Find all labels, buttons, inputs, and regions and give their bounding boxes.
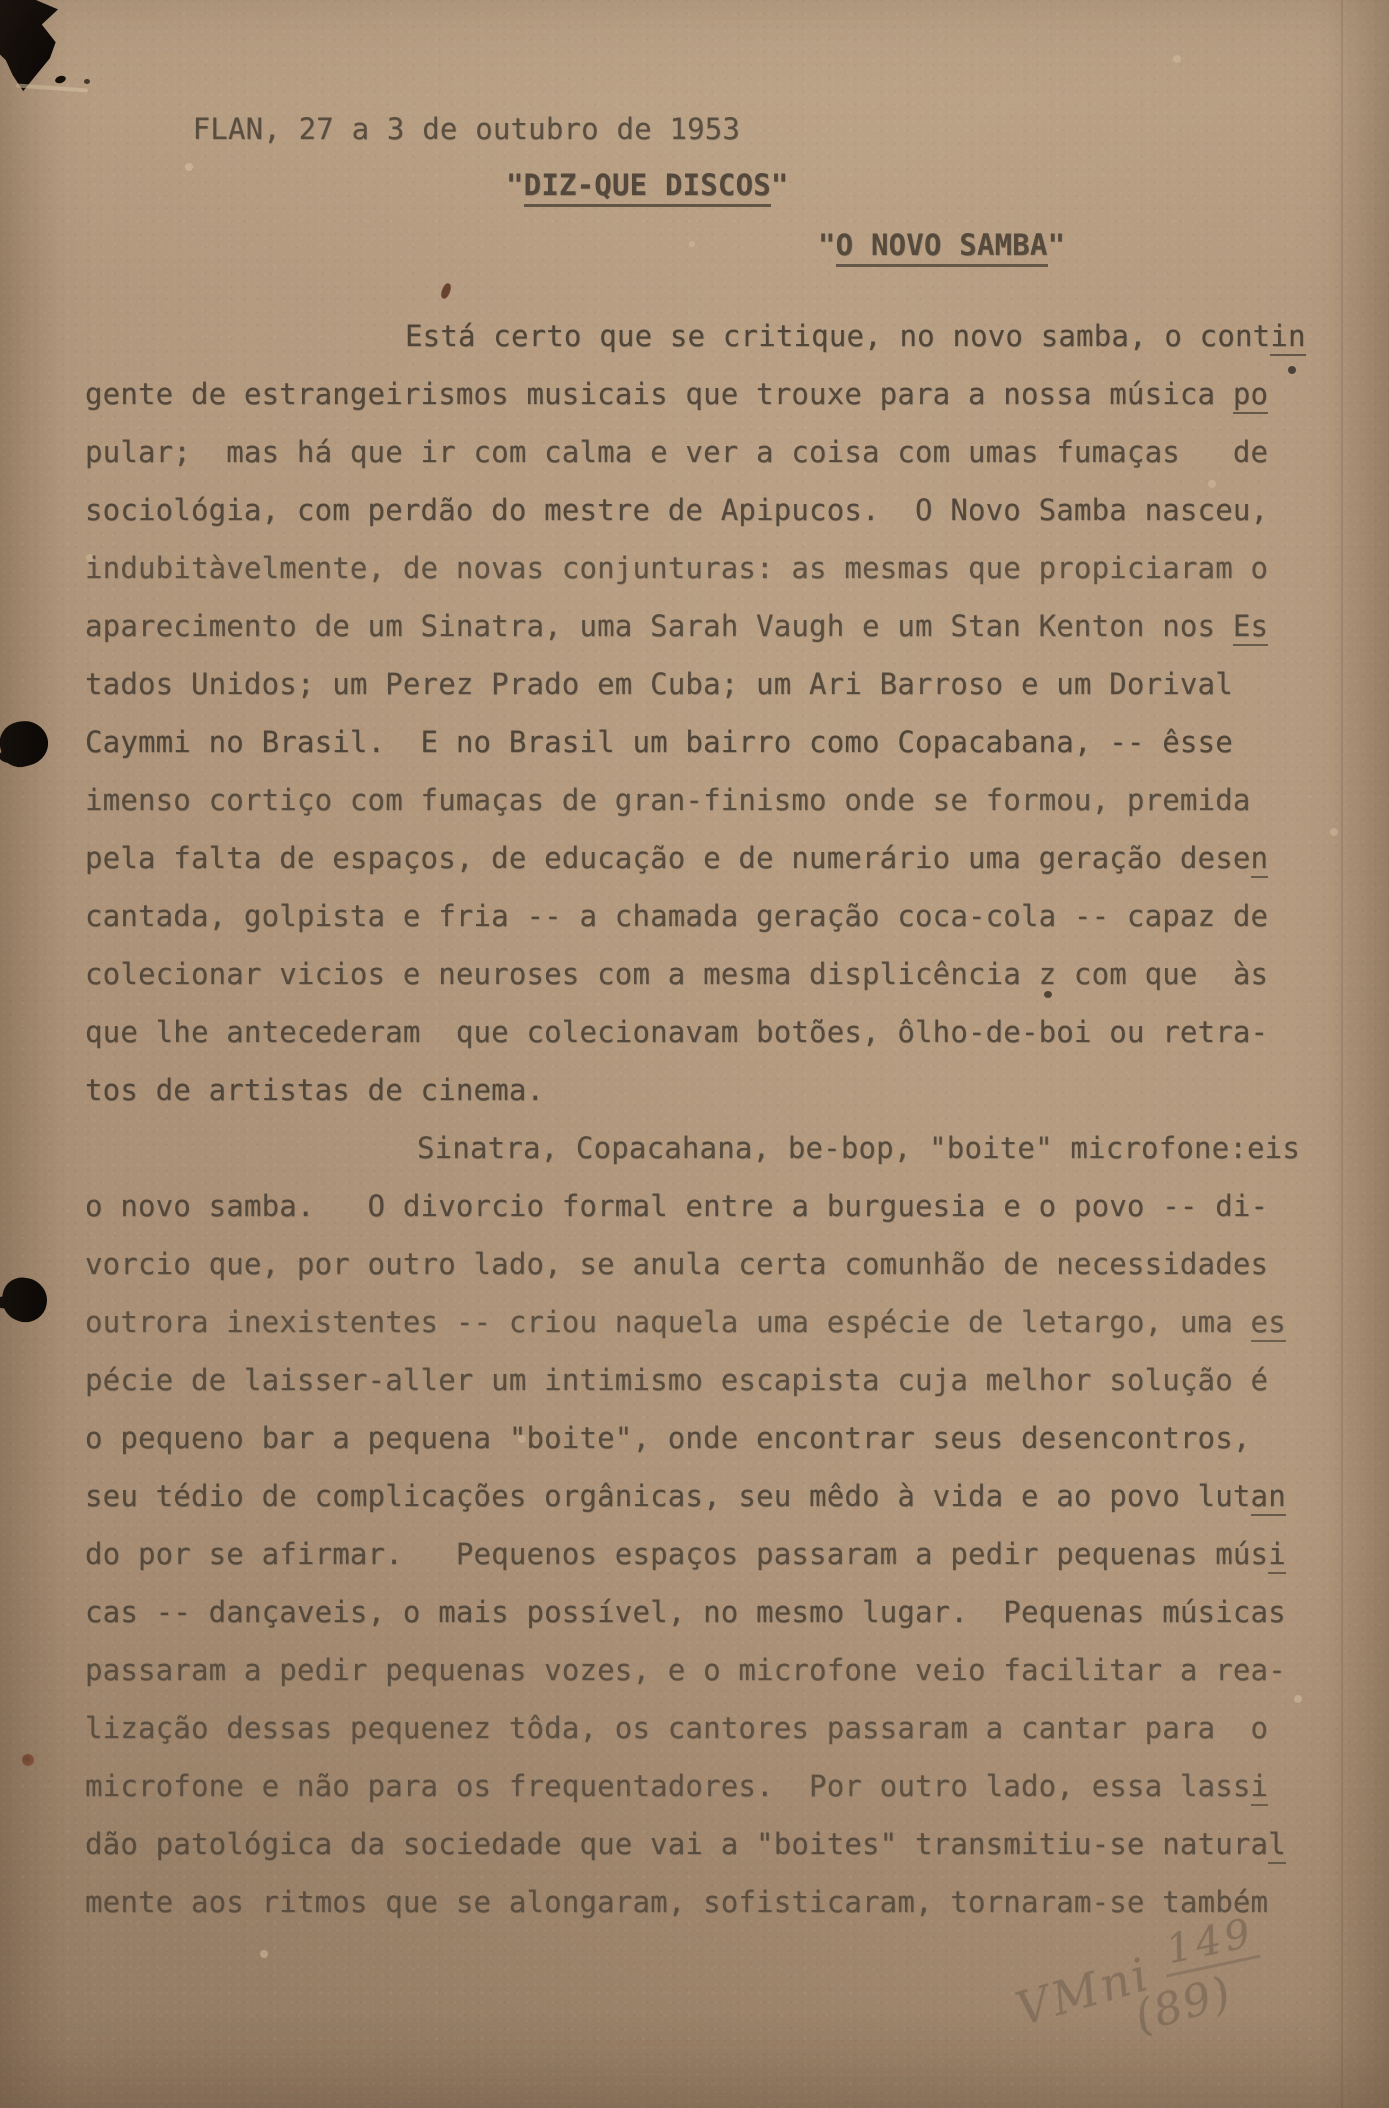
typescript-line: gente de estrangeirismos musicais que tr… (85, 365, 1335, 423)
text-segment: indubitàvelmente, de novas conjunturas: … (85, 551, 1268, 585)
hyphenation-underlined-segment: l (1268, 1827, 1286, 1864)
hyphenation-underlined-segment: po (1233, 377, 1268, 414)
typescript-line: o pequeno bar a pequena "boite", onde en… (85, 1409, 1335, 1467)
hyphenation-underlined-segment: i (1268, 1537, 1286, 1574)
typescript-line: microfone e não para os frequentadores. … (85, 1757, 1335, 1815)
typescript-line: outrora inexistentes -- criou naquela um… (85, 1293, 1335, 1351)
typescript-line: seu tédio de complicações orgânicas, seu… (85, 1467, 1335, 1525)
column-title: "DIZ-QUE DISCOS" (506, 171, 789, 200)
text-segment: gente de estrangeirismos musicais que tr… (85, 377, 1233, 411)
article-title: "O NOVO SAMBA" (818, 231, 1065, 260)
typescript-line: dão patológica da sociedade que vai a "b… (85, 1815, 1335, 1873)
brown-speck (440, 282, 453, 300)
text-segment: tos de artistas de cinema. (85, 1073, 544, 1107)
ink-speck-corner (54, 74, 67, 84)
typescript-line: Está certo que se critique, no novo samb… (85, 307, 1335, 365)
text-segment: cas -- dançaveis, o mais possível, no me… (85, 1595, 1286, 1629)
text-segment: colecionar vicios e neuroses com a mesma… (85, 957, 1268, 991)
ink-blot-left-lower (0, 1274, 50, 1325)
subtitle-close-quote: " (1048, 228, 1066, 262)
text-segment: pela falta de espaços, de educação e de … (85, 841, 1251, 875)
subtitle-text: O NOVO SAMBA (836, 228, 1048, 267)
typescript-body: Está certo que se critique, no novo samb… (85, 307, 1335, 1931)
hyphenation-underlined-segment: in (1270, 319, 1305, 356)
typescript-line: tos de artistas de cinema. (85, 1061, 1335, 1119)
hyphenation-underlined-segment: Es (1233, 609, 1268, 646)
typescript-line: do por se afirmar. Pequenos espaços pass… (85, 1525, 1335, 1583)
text-segment: seu tédio de complicações orgânicas, seu… (85, 1479, 1251, 1513)
text-segment: pécie de laisser-aller um intimismo esca… (85, 1363, 1268, 1397)
typescript-line: imenso cortiço com fumaças de gran-finis… (85, 771, 1335, 829)
typescript-line: mente aos ritmos que se alongaram, sofis… (85, 1873, 1335, 1931)
subtitle-open-quote: " (818, 228, 836, 262)
typescript-line: Caymmi no Brasil. E no Brasil um bairro … (85, 713, 1335, 771)
typescript-line: que lhe antecederam que colecionavam bot… (85, 1003, 1335, 1061)
typescript-line: vorcio que, por outro lado, se anula cer… (85, 1235, 1335, 1293)
red-speck (22, 1754, 34, 1766)
text-segment: sociológia, com perdão do mestre de Apip… (85, 493, 1268, 527)
text-segment: mente aos ritmos que se alongaram, sofis… (85, 1885, 1268, 1919)
typescript-line: pécie de laisser-aller um intimismo esca… (85, 1351, 1335, 1409)
text-segment: dão patológica da sociedade que vai a "b… (85, 1827, 1268, 1861)
title-text: DIZ-QUE DISCOS (524, 168, 771, 207)
text-segment: vorcio que, por outro lado, se anula cer… (85, 1247, 1268, 1281)
text-segment: pular; mas há que ir com calma e ver a c… (85, 435, 1268, 469)
typescript-line: passaram a pedir pequenas vozes, e o mic… (85, 1641, 1335, 1699)
typescript-line: sociológia, com perdão do mestre de Apip… (85, 481, 1335, 539)
paper-seam (1341, 0, 1343, 2108)
hyphenation-underlined-segment: es (1251, 1305, 1286, 1342)
text-segment: tados Unidos; um Perez Prado em Cuba; um… (85, 667, 1233, 701)
text-segment: outrora inexistentes -- criou naquela um… (85, 1305, 1251, 1339)
ink-blot-left-upper (0, 716, 53, 771)
typescript-line: cas -- dançaveis, o mais possível, no me… (85, 1583, 1335, 1641)
dateline-text: FLAN, 27 a 3 de outubro de 1953 (193, 112, 740, 146)
text-segment: imenso cortiço com fumaças de gran-finis… (85, 783, 1251, 817)
hyphenation-underlined-segment: n (1251, 841, 1269, 878)
title-open-quote: " (506, 168, 524, 202)
text-segment: Caymmi no Brasil. E no Brasil um bairro … (85, 725, 1233, 759)
hyphenation-underlined-segment: an (1251, 1479, 1286, 1516)
ink-blot-corner (0, 0, 58, 94)
text-segment: do por se afirmar. Pequenos espaços pass… (85, 1537, 1268, 1571)
text-segment: cantada, golpista e fria -- a chamada ge… (85, 899, 1268, 933)
typescript-line: lização dessas pequenez tôda, os cantore… (85, 1699, 1335, 1757)
hyphenation-underlined-segment: i (1251, 1769, 1269, 1806)
typescript-line: tados Unidos; um Perez Prado em Cuba; um… (85, 655, 1335, 713)
text-segment: Está certo que se critique, no novo samb… (405, 319, 1270, 353)
typescript-line: colecionar vicios e neuroses com a mesma… (85, 945, 1335, 1003)
typescript-line: o novo samba. O divorcio formal entre a … (85, 1177, 1335, 1235)
text-segment: o pequeno bar a pequena "boite", onde en… (85, 1421, 1251, 1455)
typescript-page: FLAN, 27 a 3 de outubro de 1953 "DIZ-QUE… (0, 0, 1389, 2108)
text-segment: Sinatra, Copacahana, be-bop, "boite" mic… (417, 1131, 1300, 1165)
typescript-line: cantada, golpista e fria -- a chamada ge… (85, 887, 1335, 945)
text-segment: o novo samba. O divorcio formal entre a … (85, 1189, 1268, 1223)
paper-tear-mark (16, 83, 88, 92)
text-segment: passaram a pedir pequenas vozes, e o mic… (85, 1653, 1286, 1687)
ink-speck-corner-2 (84, 79, 90, 84)
title-close-quote: " (771, 168, 789, 202)
typescript-line: aparecimento de um Sinatra, uma Sarah Va… (85, 597, 1335, 655)
typescript-line: indubitàvelmente, de novas conjunturas: … (85, 539, 1335, 597)
text-segment: lização dessas pequenez tôda, os cantore… (85, 1711, 1268, 1745)
text-segment: microfone e não para os frequentadores. … (85, 1769, 1251, 1803)
paper-fiber-specks (0, 0, 4, 4)
dateline: FLAN, 27 a 3 de outubro de 1953 (122, 86, 740, 173)
text-segment: aparecimento de um Sinatra, uma Sarah Va… (85, 609, 1233, 643)
typescript-line: Sinatra, Copacahana, be-bop, "boite" mic… (85, 1119, 1335, 1177)
typescript-line: pular; mas há que ir com calma e ver a c… (85, 423, 1335, 481)
text-segment: que lhe antecederam que colecionavam bot… (85, 1015, 1268, 1049)
handwritten-annotation: VMni 149 (89) (1010, 1915, 1277, 2073)
typescript-line: pela falta de espaços, de educação e de … (85, 829, 1335, 887)
